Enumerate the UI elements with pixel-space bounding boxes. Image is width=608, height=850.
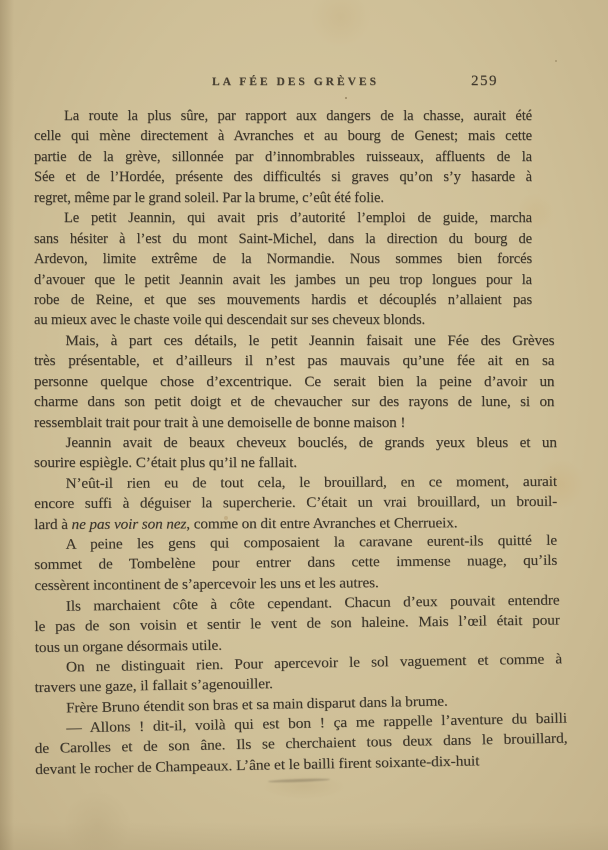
page-number: 259 [471, 73, 498, 90]
running-title: LA FÉE DES GRÈVES [212, 76, 379, 88]
text-segment: , comme on dit entre Avranches et Cherru… [186, 515, 457, 532]
text-line: charme dans son petit doigt et de chevau… [34, 392, 554, 412]
paragraph: N’eût-il rien eu de tout cela, le brouil… [34, 472, 557, 535]
text-segment: lard à [34, 517, 71, 533]
page-body-text: La route la plus sûre, par rapport aux d… [34, 106, 532, 780]
text-line: Jeannin avait de beaux cheveux bouclés, … [34, 433, 557, 453]
text-line: ressemblait trait pour trait à une demoi… [34, 413, 554, 433]
text-line: sans hésiter à l’est du mont Saint-Miche… [34, 229, 532, 249]
paper-speck [345, 97, 347, 99]
italic-phrase: ne pas voir son nez [72, 516, 187, 532]
text-line: La route la plus sûre, par rapport aux d… [34, 106, 532, 126]
paragraph: Mais, à part ces détails, le petit Jeann… [34, 331, 554, 433]
text-line: robe de Reine, et que ses mouvements har… [34, 290, 532, 310]
text-line: Sée et de l’Hordée, présente des difficu… [34, 167, 532, 187]
paragraph: Ils marchaient côte à côte cependant. Ch… [34, 590, 560, 658]
text-line: personne quelque chose d’excentrique. Ce… [34, 372, 554, 392]
paragraph: — Allons ! dit-il, voilà qui est bon ! ç… [34, 709, 568, 781]
text-line: au mieux avec le chaste voile qui descen… [34, 310, 532, 330]
paragraph: La route la plus sûre, par rapport aux d… [34, 106, 532, 208]
text-line: très présentable, et d’ailleurs il n’est… [34, 351, 554, 371]
paragraph: Le petit Jeannin, qui avait pris d’autor… [34, 208, 532, 331]
text-line: regret, même par le grand soleil. Par la… [34, 188, 532, 208]
text-line: sourire espiègle. C’était plus qu’il ne … [34, 453, 557, 473]
text-line: partie de la grève, sillonnée par d’inno… [34, 147, 532, 167]
text-line: Mais, à part ces détails, le petit Jeann… [34, 331, 554, 351]
text-line: Le petit Jeannin, qui avait pris d’autor… [34, 208, 532, 228]
paragraph: A peine les gens qui composaient la cara… [34, 531, 557, 597]
text-line: Ardevon, limite extrême de la Normandie.… [34, 249, 532, 269]
text-line: encore suffi à déguiser la supercherie. … [34, 492, 557, 515]
text-line: celle qui mène directement à Avranches e… [34, 126, 532, 146]
text-line: N’eût-il rien eu de tout cela, le brouil… [34, 472, 557, 495]
text-line: d’avouer que le petit Jeannin avait les … [34, 270, 532, 290]
paragraph: Jeannin avait de beaux cheveux bouclés, … [34, 433, 557, 474]
